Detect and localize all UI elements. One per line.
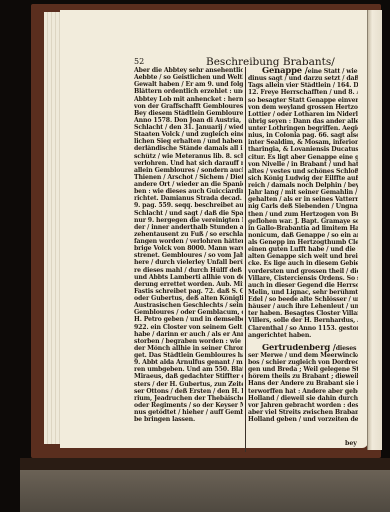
text-line: rium, Jeadruchen der Thebäischen Legion … bbox=[134, 395, 243, 402]
text-line: gen und Breda ; Weil gelegene Statt / ge… bbox=[248, 366, 358, 373]
text-line: von der Graffschafft Gembloures handelt. bbox=[134, 103, 243, 110]
text-line: ren umbgeben. Und am 550. Blat sagt bbox=[134, 366, 243, 373]
text-line: Bey diesem Städtlein Gembloures / hat bbox=[134, 110, 243, 117]
left-column: Aber die Abbtey sehr ansehentlich / dere… bbox=[134, 67, 243, 423]
text-line: sich König Ludwig der Eilffte auß Franck… bbox=[248, 175, 358, 182]
text-line: nig Carls deß Siebenden / Ungnad gera- bbox=[248, 203, 358, 210]
book-shadow bbox=[20, 458, 390, 470]
text-line: Thienen / Arschot / Sichem / Dieß / und bbox=[134, 174, 243, 181]
text-line: Abbtey Lob mit anhencket : hernach auch bbox=[134, 96, 243, 103]
text-line: Melin, und Lignac, sehr berühmt / und bbox=[248, 289, 358, 296]
text-line: nur 9. hergegen die vereinigten Niederlä… bbox=[134, 217, 243, 224]
text-line: Edel / so beede alte Schlösser / und Ger… bbox=[248, 296, 358, 303]
text-line: Villers, solle der H. Bernhardus, Abbt z… bbox=[248, 317, 358, 324]
text-line: von dem weyland grossen Hertzogthumb bbox=[248, 104, 358, 111]
text-line: citur. Es ligt aber Genappe eine gute Me… bbox=[248, 154, 358, 161]
text-line: Fastis schreibet pag. 72. daß S. Gilbert… bbox=[134, 288, 243, 295]
text-line: get. Das Städtlein Gembloures habe der bbox=[134, 352, 243, 359]
text-line: Staaten Volck / und zugleich einen herr- bbox=[134, 131, 243, 138]
text-line: Blättern ordentlich erzehlet : und solch… bbox=[134, 88, 243, 95]
text-line: vor Jahren gebracht worden : dessentwege… bbox=[248, 402, 358, 409]
text-line: gehalten / als er in seines Vattern / Kö… bbox=[248, 196, 358, 203]
text-line: nonicum, daß Genappe / so ein anders bbox=[248, 232, 358, 239]
text-line: cke. Es lige auch in diesem Gebiet / zum bbox=[248, 260, 358, 267]
text-line: altes / vestes und schönes Schloß / alld… bbox=[248, 168, 358, 175]
text-line: verlohren. Und hat sich darauff nicht bbox=[134, 160, 243, 167]
text-line: zehentausent zu Fuß / so erschlagen und … bbox=[134, 231, 243, 238]
text-line: derländische Stände damals all ihr Ge- bbox=[134, 145, 243, 152]
text-line: lichen Sieg erhalten / und haben die Nie… bbox=[134, 138, 243, 145]
paragraph-2-lead-word: Gertrudenberg / bbox=[262, 344, 336, 352]
text-line: then / und zum Hertzogen von Burgund bbox=[248, 211, 358, 218]
text-line: unter Lothringen begriffen. Aegid. Gele- bbox=[248, 125, 358, 132]
table-surface bbox=[20, 470, 390, 512]
text-line: Aebbte / so Geistlichen und Weltlichen bbox=[134, 74, 243, 81]
text-line: hörem theils zu Brabant ; dieweil Hertzo… bbox=[248, 373, 358, 380]
paragraph-2-first-line: Gertrudenberg /dieses an dem Waß- bbox=[248, 344, 358, 352]
text-line: der / inner anderthalb Stunden auff die bbox=[134, 224, 243, 231]
text-line: andere Ort / wieder an die Spanier erge- bbox=[134, 181, 243, 188]
text-line: terworffen hat : Andere aber gehöre sie … bbox=[248, 388, 358, 395]
paragraph-1-first-line: Genappe /eine Statt / wie Guicciar- bbox=[248, 67, 358, 75]
text-line: dinus sagt / und darzu setzt / daß heuti… bbox=[248, 75, 358, 82]
text-line: geflohen war. J. Bapt. Gramaye schreibet bbox=[248, 218, 358, 225]
text-line: ser Merwe / und dem Meerwinckel Bies- bbox=[248, 352, 358, 359]
facing-page-edge bbox=[368, 10, 382, 450]
text-line: angerichtet haben. bbox=[248, 332, 358, 339]
text-line: nus getödtet / hieher / auff Gembloure /… bbox=[134, 409, 243, 416]
text-line: Holland geben / und vorzeiten der Brauch bbox=[248, 416, 358, 423]
text-line: Anno 1578. Don Joan di Austria, eine bbox=[134, 117, 243, 124]
text-line: be bringen lassen. bbox=[134, 416, 243, 423]
text-line: Tags allein vier Städtlein / 164. Dörffe… bbox=[248, 82, 358, 89]
text-line: 922. ein Closter von seinem Gelt erbawet bbox=[134, 324, 243, 331]
text-line: 9. pag. 559. seqq. beschreibet auch dies… bbox=[134, 202, 243, 209]
text-line: nius, in Colonia pag. 66. sagt also : Qu… bbox=[248, 132, 358, 139]
catchword: bey bbox=[345, 440, 357, 447]
text-line: ter haben. Besagtes Closter Villare, ode… bbox=[248, 310, 358, 317]
text-line: übrig seyen : Dann das ander alles werde bbox=[248, 118, 358, 125]
text-line: häuser / auch ihre Lehenleut / und Lehen… bbox=[248, 303, 358, 310]
text-line: richtet. Damianus Strada decad. 1. lib. bbox=[134, 195, 243, 202]
text-line: alten Genappe sich weit und breit erstre… bbox=[248, 253, 358, 260]
text-line: aber viel Streits zwischen Brabant und bbox=[248, 409, 358, 416]
text-line: oder Regiments / so der Keyser Maximia- bbox=[134, 402, 243, 409]
column-divider bbox=[245, 67, 246, 452]
gutter bbox=[367, 10, 368, 450]
text-line: re dieses mahl / durch Hülff deß Graffen… bbox=[134, 267, 243, 274]
text-line: here / durch vielerley Unfall berühmt / … bbox=[134, 259, 243, 266]
text-line: ben : wie dieses auch Guicciardinus be- bbox=[134, 188, 243, 195]
text-line: tharingia, & Lovaniensis Ducatus, di- bbox=[248, 146, 358, 153]
text-line: derung errettet worden. Aub. Miraeus in bbox=[134, 281, 243, 288]
text-line: Schlacht / und sagt / daß die Spanischen bbox=[134, 210, 243, 217]
text-line: ser Ottons / deß Ersten / den H. Exupe- bbox=[134, 388, 243, 395]
text-line: habe / darinn er auch / als er Anno 962.… bbox=[134, 331, 243, 338]
text-line: Miraeus, daß gedachter Stiffter deß Clo- bbox=[134, 373, 243, 380]
text-line: Gembloures / oder Gemblacum, dem bbox=[134, 309, 243, 316]
text-line: schütz / wie Meteranus lib. 8. schreibt … bbox=[134, 153, 243, 160]
text-line: inter Sealdim, & Mosam, inferior Lo- bbox=[248, 139, 358, 146]
text-line: Clarenthal / so Anno 1153. gestorben / s… bbox=[248, 325, 358, 332]
paragraph-1-lead-word: Genappe / bbox=[262, 67, 308, 75]
text-line: Lottier / oder Lotharen im Niderland / bbox=[248, 111, 358, 118]
text-line: als Genepp im Hertzogthumb Cleve ist / bbox=[248, 239, 358, 246]
text-line: so besagter Statt Genappe einverleibt / bbox=[248, 97, 358, 104]
text-line: H. Petro geben / und in demselben Anno bbox=[134, 316, 243, 323]
right-column: Genappe /eine Statt / wie Guicciar- dinu… bbox=[248, 67, 358, 423]
text-line: in Gallo-Brabantia ad limitem Han- bbox=[248, 225, 358, 232]
text-line: 9. Abbt alda Arnulfus genant / mit Mau- bbox=[134, 359, 243, 366]
text-line: Gewalt haben / Er am 9. und folgenden bbox=[134, 81, 243, 88]
text-line: Aber die Abbtey sehr ansehentlich / dere… bbox=[134, 67, 243, 74]
text-line: einen guten Lufft habe / und die Pfarr d… bbox=[248, 246, 358, 253]
text-line: oder Gubertus, deß alten Königlichen bbox=[134, 295, 243, 302]
text-line: sters / der H. Gubertus, zun Zeiten Key- bbox=[134, 381, 243, 388]
text-line: allein Gembloures / sondern auch Löven / bbox=[134, 167, 243, 174]
text-line: 12. Freye Herrschafften / und 8. Abbteye… bbox=[248, 89, 358, 96]
text-line: Austrasischen Geschlechts / sein Schloß bbox=[134, 302, 243, 309]
text-line: und Abbts Lamberti allhie von der Plün- bbox=[134, 274, 243, 281]
text-line: von Nivelle / in Brabant / und hat ein u… bbox=[248, 161, 358, 168]
text-line: strenet. Gembloures / so vom Jahr 900. bbox=[134, 252, 243, 259]
text-line: fangen worden / verlohren hätten : das ü… bbox=[134, 238, 243, 245]
text-line: auch in dieser Gegend die Herrschafften bbox=[248, 282, 358, 289]
text-line: der Mönch allhie in seiner Chronic bezeu… bbox=[134, 345, 243, 352]
text-line: vordersten und grossen theil / die Abbte… bbox=[248, 268, 358, 275]
text-line: Villare, Cisterciensis Ordens. So seyen bbox=[248, 275, 358, 282]
text-line: Holland / dieweil sie dahin durch Waffen bbox=[248, 395, 358, 402]
text-line: bos / schier zugleich von Dordrecht / He… bbox=[248, 359, 358, 366]
text-line: Schlacht / den 31. Januarij / wieder der bbox=[134, 124, 243, 131]
text-line: Hans der Andere zu Brabant sie ihme un- bbox=[248, 380, 358, 387]
text-line: storben / begraben worden : wie Sigebert… bbox=[134, 338, 243, 345]
page-number: 52 bbox=[134, 57, 144, 66]
text-line: brige Volck von 8000. Mann ward zer- bbox=[134, 245, 243, 252]
text-line: Jahr lang / mit seiner Gemahlin / auff- bbox=[248, 189, 358, 196]
text-line: reich / damals noch Delphin / bey fünff bbox=[248, 182, 358, 189]
